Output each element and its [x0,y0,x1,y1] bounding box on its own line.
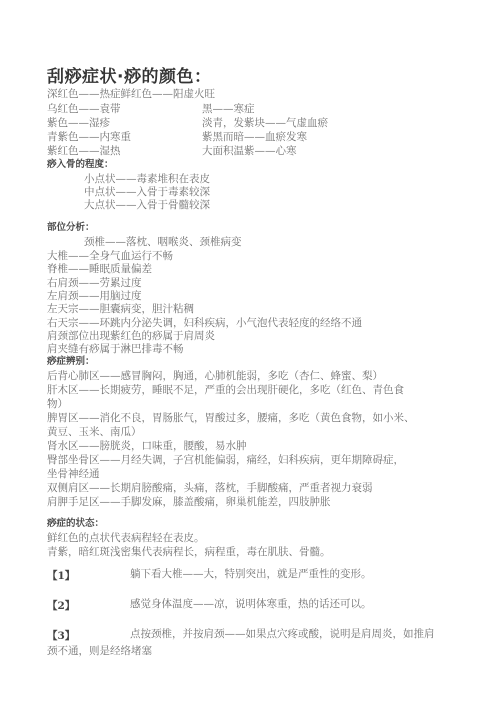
state-line: 鲜红色的点状代表病程轻在表皮。 [47,532,205,545]
tip-text: 躺下看大椎——大，特别突出，就是严重性的变形。 [130,568,372,581]
depth-heading: 痧入骨的程度： [47,159,114,171]
location-item: 肩夹缝有痧属于淋巴排毒不畅 [47,343,184,356]
diagnosis-heading: 痧症辨别： [47,356,95,368]
color-line: 紫黑而暗——血瘀发寒 [202,131,307,144]
color-line: 乌红色——袁带 [47,103,121,116]
tip-number: 【1】 [47,568,75,583]
diagnosis-line: 坐骨神经通 [47,468,100,481]
location-item: 左天宗——胆囊病变，胆汁粘稠 [47,303,194,316]
tip-number: 【2】 [47,598,75,613]
diagnosis-line: 后背心肺区——感冒胸闷，胸通，心肺机能弱，多吃（杏仁、蜂蜜、梨） [47,370,383,383]
color-line: 紫红色——湿热 [47,145,121,158]
depth-item: 中点状——入骨于毒素较深 [84,186,210,199]
diagnosis-line: 臀部坐骨区——月经失调，子宫机能偏弱，痛经，妇科疾病，更年期障碍症， [47,454,404,467]
tip-number: 【3】 [47,628,75,643]
location-item: 大椎——全身气血运行不畅 [47,250,173,263]
diagnosis-line: 肝木区——长期疲劳，睡眠不足，严重的会出现肝硬化，多吃（红色、青色食 [47,384,404,397]
diagnosis-line: 脾胃区——消化不良，胃肠胀气，胃酸过多，腰痛，多吃（黄色食物，如小米、 [47,412,415,425]
diagnosis-line: 黄豆、玉米、南瓜） [47,426,142,439]
location-heading: 部位分析： [47,222,95,234]
color-line: 黑——寒症 [202,103,255,116]
color-line: 青紫色——内寒重 [47,131,131,144]
location-item: 脊椎——睡眠质量偏差 [47,263,152,276]
depth-item: 小点状——毒素堆积在表皮 [84,173,210,186]
color-line: 大面积温紫——心寒 [202,145,297,158]
location-item: 右天宗——环跳内分泌失调，妇科疾病，小气泡代表轻度的经络不通 [47,317,362,330]
diagnosis-line: 双侧肩区——长期肩膀酸痛，头痛，落枕，手脚酸痛，严重者视力衰弱 [47,482,373,495]
location-item: 颈椎——落枕、咽喉炎、颈椎病变 [84,236,242,249]
tip-text-continued: 颈不通，则是经络堵塞 [47,645,152,658]
tip-text: 点按颈椎，并按肩颈——如果点穴疼或酸，说明是肩周炎，如推肩 [130,628,435,641]
color-line: 紫色——湿疹 [47,117,110,130]
color-line: 深红色——热症鲜红色——阳虚火旺 [47,88,215,101]
location-item: 左肩颈——用脑过度 [47,290,142,303]
state-heading: 痧症的状态： [47,518,104,530]
diagnosis-line: 肩胛手足区——手脚发麻，膝盖酸痛，卵巢机能差，四肢肿胀 [47,496,331,509]
tip-text: 感觉身体温度——凉，说明体寒重，热的话还可以。 [130,598,372,611]
location-item: 肩颈部位出现紫红色的痧属于肩周炎 [47,330,215,343]
document-page: 刮痧症状·痧的颜色： 深红色——热症鲜红色——阳虚火旺 乌红色——袁带 紫色——… [0,0,500,708]
state-line: 青紫，暗红斑浅密集代表病程长，病程重，毒在肌肤、骨髓。 [47,546,331,559]
page-title: 刮痧症状·痧的颜色： [47,62,211,87]
color-line: 淡青，发紫块——气虚血瘀 [202,117,328,130]
diagnosis-line: 物） [47,398,68,411]
diagnosis-line: 肾水区——膀胱炎，口味重，腰酸，易水肿 [47,440,247,453]
location-item: 右肩颈——劳累过度 [47,277,142,290]
depth-item: 大点状——入骨于骨髓较深 [84,199,210,212]
